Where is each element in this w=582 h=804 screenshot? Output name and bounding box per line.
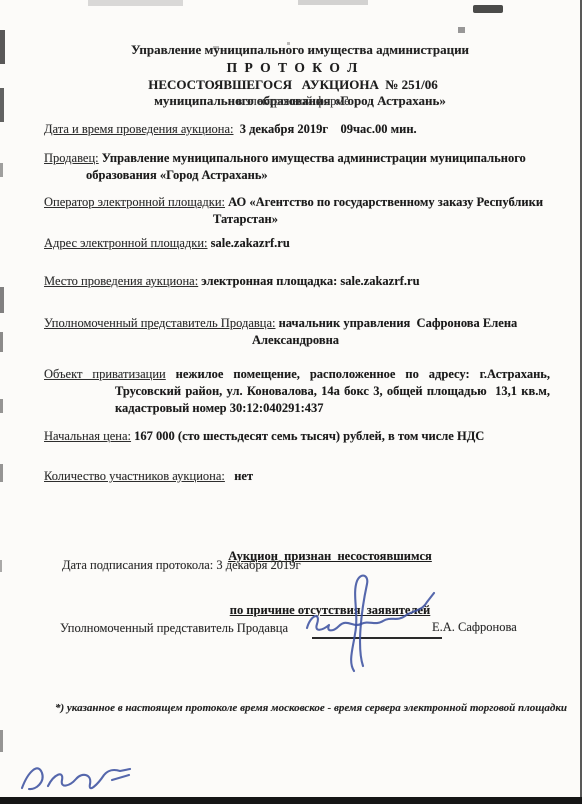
field-platform-address: Адрес электронной площадки: sale.zakazrf… bbox=[44, 235, 544, 252]
field-value: АО «Агентство по государственному заказу… bbox=[213, 195, 546, 226]
field-auction-datetime: Дата и время проведения аукциона: 3 дека… bbox=[44, 121, 544, 138]
field-label: Количество участников аукциона: bbox=[44, 469, 225, 483]
scanned-protocol-page: Управление муниципального имущества адми… bbox=[0, 0, 582, 804]
protocol-signing-date: Дата подписания протокола: 3 декабря 201… bbox=[62, 558, 301, 573]
scan-artifact-left-edge bbox=[0, 163, 3, 177]
protocol-title-block: П Р О Т О К О Л НЕСОСТОЯВШЕГОСЯ АУКЦИОНА… bbox=[0, 60, 582, 109]
field-auction-venue: Место проведения аукциона: электронная п… bbox=[44, 273, 544, 290]
protocol-subtitle: НЕСОСТОЯВШЕГОСЯ АУКЦИОНА № 251/06 bbox=[0, 77, 582, 93]
signer-role: Уполномоченный представитель Продавца bbox=[60, 621, 288, 636]
field-value: 3 декабря 2019г 09час.00 мин. bbox=[237, 122, 417, 136]
field-starting-price: Начальная цена: 167 000 (сто шестьдесят … bbox=[44, 428, 554, 445]
scan-artifact-left-edge bbox=[0, 332, 3, 352]
field-label: Адрес электронной площадки: bbox=[44, 236, 208, 250]
field-value: Управление муниципального имущества адми… bbox=[86, 151, 529, 182]
field-value: sale.zakazrf.ru bbox=[211, 236, 290, 250]
scan-artifact-left-edge bbox=[0, 464, 3, 482]
field-label: Оператор электронной площадки: bbox=[44, 195, 225, 209]
field-privatization-object: Объект приватизации нежилое помещение, р… bbox=[44, 366, 550, 417]
field-label: Дата и время проведения аукциона: bbox=[44, 122, 233, 136]
scan-artifact-top-smudge bbox=[298, 0, 368, 5]
field-label: Объект приватизации bbox=[44, 367, 166, 381]
field-label: Уполномоченный представитель Продавца: bbox=[44, 316, 275, 330]
field-label: Место проведения аукциона: bbox=[44, 274, 198, 288]
field-label: Начальная цена: bbox=[44, 429, 131, 443]
protocol-form-note: в электронной форме bbox=[0, 94, 582, 109]
footnote-time-note: *) указанное в настоящем протоколе время… bbox=[55, 702, 567, 714]
field-platform-operator: Оператор электронной площадки: АО «Агент… bbox=[44, 194, 546, 228]
field-value: нет bbox=[228, 469, 253, 483]
scan-artifact-left-edge bbox=[0, 730, 3, 752]
scan-artifact-left-edge bbox=[0, 30, 5, 64]
signature-main bbox=[293, 570, 453, 672]
scan-artifact-left-edge bbox=[0, 560, 2, 572]
protocol-title: П Р О Т О К О Л bbox=[0, 60, 582, 76]
field-participants-count: Количество участников аукциона: нет bbox=[44, 468, 544, 485]
field-value: электронная площадка: sale.zakazrf.ru bbox=[201, 274, 419, 288]
scan-artifact-left-edge bbox=[0, 287, 4, 313]
field-label: Продавец: bbox=[44, 151, 99, 165]
field-seller: Продавец: Управление муниципального имущ… bbox=[44, 150, 536, 184]
scan-artifact-left-edge bbox=[0, 399, 3, 413]
signature-secondary bbox=[12, 746, 137, 800]
field-seller-representative: Уполномоченный представитель Продавца: н… bbox=[44, 315, 526, 349]
field-value: нежилое помещение, расположенное по адре… bbox=[115, 367, 556, 415]
field-value: 167 000 (сто шестьдесят семь тысяч) рубл… bbox=[134, 429, 484, 443]
organization-name-line1: Управление муниципального имущества адми… bbox=[20, 41, 580, 58]
scan-artifact-top-smudge bbox=[88, 0, 183, 6]
field-value: начальник управления Сафронова Елена Але… bbox=[252, 316, 520, 347]
